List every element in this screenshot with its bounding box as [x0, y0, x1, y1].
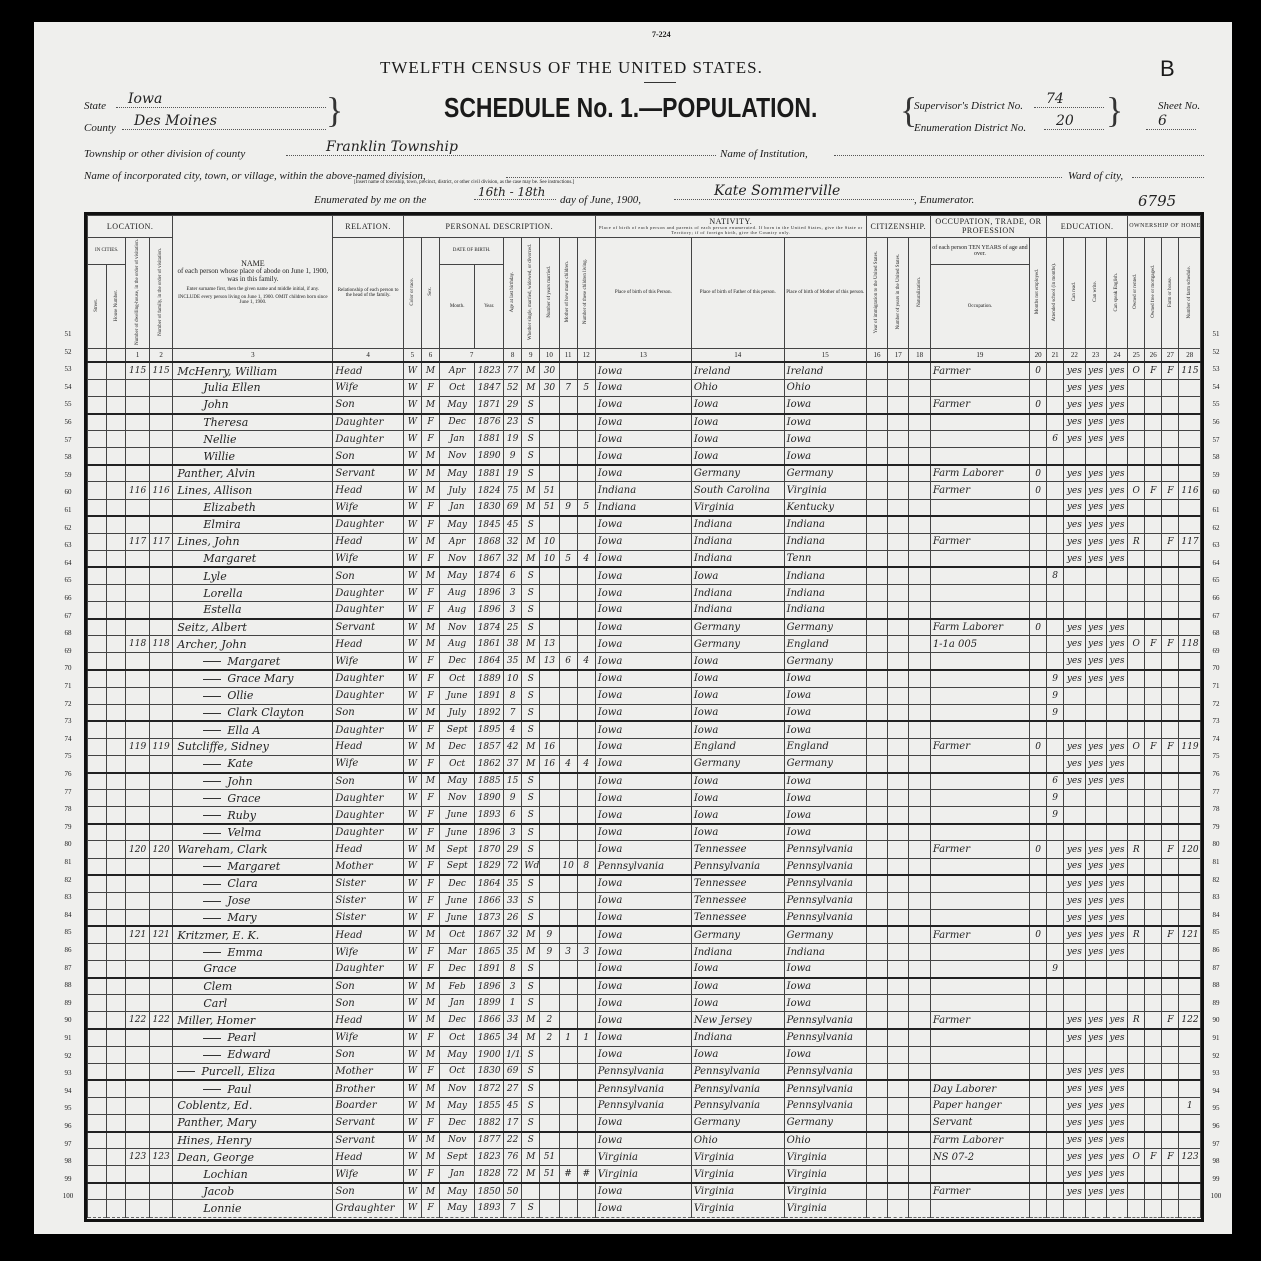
color-race: W: [403, 704, 421, 721]
relation: Mother: [333, 1063, 403, 1080]
column-number: 2: [149, 348, 172, 362]
mother-birthplace: Virginia: [784, 1200, 866, 1217]
marital-status: S: [522, 1114, 540, 1131]
school-months: [1047, 482, 1064, 499]
in-cities-header: IN CITIES.: [88, 237, 126, 264]
empty-cell: [88, 1063, 107, 1080]
birth-month: Nov: [440, 619, 475, 636]
marital-status: M: [522, 926, 540, 943]
color-race: W: [403, 1029, 421, 1046]
children-living: [577, 1097, 595, 1114]
column-number: 5: [403, 348, 421, 362]
supervisor-district-field: 74: [1034, 92, 1104, 108]
months-unemployed: [1030, 978, 1047, 995]
dwelling-number: [126, 807, 149, 824]
can-write: yes: [1085, 1080, 1106, 1097]
dwelling-number: [126, 414, 149, 431]
farm-house: [1162, 1200, 1179, 1217]
line-number: 87: [58, 964, 78, 972]
farm-house: F: [1162, 362, 1179, 379]
sex: M: [421, 926, 439, 943]
farm-schedule: [1179, 1029, 1201, 1046]
can-write: yes: [1085, 1132, 1106, 1149]
empty-cell: [909, 755, 930, 772]
empty-cell: [107, 807, 126, 824]
school-months: 6: [1047, 431, 1064, 448]
school-months: [1047, 1166, 1064, 1183]
free-mortgaged: [1145, 670, 1162, 687]
birth-year: 1862: [475, 755, 504, 772]
birth-month: Nov: [440, 1080, 475, 1097]
children-born: [559, 807, 577, 824]
person-name: Clara: [173, 875, 333, 892]
birth-year: 1830: [475, 1063, 504, 1080]
years-married: [540, 790, 559, 807]
table-row: LyleSonWMMay18746SIowaIowaIndiana8: [88, 567, 1201, 584]
mother-birthplace: Indiana: [784, 944, 866, 961]
empty-cell: [888, 687, 909, 704]
same-surname-dash: [203, 833, 221, 834]
empty-cell: [88, 1080, 107, 1097]
dwelling-number: [126, 619, 149, 636]
marital-header: Whether single, married, widowed, or div…: [522, 237, 540, 348]
empty-cell: [909, 1097, 930, 1114]
relationship-subheader: Relationship of each person to the head …: [333, 237, 403, 348]
birth-month: June: [440, 909, 475, 926]
empty-cell: [909, 858, 930, 875]
dwelling-number: 117: [126, 533, 149, 550]
stamp-number: 6795: [1138, 192, 1176, 210]
owned-rented: [1128, 961, 1145, 978]
can-write: yes: [1085, 1097, 1106, 1114]
same-surname-dash: [203, 1038, 221, 1039]
can-write: yes: [1085, 533, 1106, 550]
months-unemployed: 0: [1030, 619, 1047, 636]
dwelling-number: [126, 585, 149, 602]
person-name-text: Grace Mary: [227, 672, 293, 685]
line-number: 85: [58, 928, 78, 936]
can-read: yes: [1064, 533, 1085, 550]
line-number: 96: [1206, 1122, 1226, 1130]
sex: F: [421, 807, 439, 824]
free-mortgaged: [1145, 533, 1162, 550]
empty-cell: [107, 567, 126, 584]
table-row: JacobSonWMMay185050IowaVirginiaVirginiaF…: [88, 1183, 1201, 1200]
farm-schedule-header: Number of farm schedule.: [1179, 237, 1201, 348]
person-name-text: Paul: [227, 1083, 251, 1096]
free-mortgaged: [1145, 1200, 1162, 1217]
person-name: Julia Ellen: [173, 379, 333, 396]
line-number: 99: [1206, 1175, 1226, 1183]
empty-cell: [88, 414, 107, 431]
empty-cell: [888, 704, 909, 721]
mother-birthplace: Indiana: [784, 516, 866, 533]
free-mortgaged: [1145, 944, 1162, 961]
column-number: 1: [126, 348, 149, 362]
can-write: yes: [1085, 465, 1106, 482]
farm-schedule: [1179, 602, 1201, 619]
occupation: [930, 909, 1029, 926]
person-name-text: Willie: [203, 450, 235, 463]
birth-month: Jan: [440, 1166, 475, 1183]
owned-rented: [1128, 414, 1145, 431]
line-number: 85: [1206, 928, 1226, 936]
dwelling-number: [126, 755, 149, 772]
schedule-title: SCHEDULE No. 1.—POPULATION.: [444, 92, 817, 124]
empty-cell: [909, 790, 930, 807]
father-birthplace: Indiana: [691, 516, 784, 533]
children-born: [559, 995, 577, 1012]
marital-status: M: [522, 499, 540, 516]
children-born: [559, 1012, 577, 1029]
empty-cell: [888, 670, 909, 687]
years-married: [540, 875, 559, 892]
free-mortgaged: [1145, 721, 1162, 738]
empty-cell: [909, 944, 930, 961]
empty-cell: [866, 431, 887, 448]
empty-cell: [88, 619, 107, 636]
father-birthplace: Tennessee: [691, 892, 784, 909]
years-married: [540, 841, 559, 858]
mother-birthplace: Germany: [784, 653, 866, 670]
mother-birthplace: Pennsylvania: [784, 875, 866, 892]
same-surname-dash: [203, 679, 221, 680]
state-label: State: [84, 100, 106, 112]
empty-cell: [866, 465, 887, 482]
person-name-text: Panther, Mary: [177, 1116, 256, 1129]
speaks-english: yes: [1106, 397, 1127, 414]
farm-house: [1162, 567, 1179, 584]
months-unemployed: [1030, 1200, 1047, 1217]
marital-status: [522, 1183, 540, 1200]
relation: Wife: [333, 1166, 403, 1183]
empty-cell: [88, 499, 107, 516]
speaks-english: [1106, 961, 1127, 978]
citizenship-header: CITIZENSHIP.: [866, 216, 930, 238]
person-name: Lines, John: [173, 533, 333, 550]
free-mortgaged: [1145, 567, 1162, 584]
mother-birthplace: Iowa: [784, 961, 866, 978]
empty-cell: [88, 961, 107, 978]
owned-rented: [1128, 773, 1145, 790]
table-row: NellieDaughterWFJan188119SIowaIowaIowa6y…: [88, 431, 1201, 448]
mother-birthplace: Indiana: [784, 567, 866, 584]
farm-house: F: [1162, 636, 1179, 653]
birth-month-header: Month.: [440, 264, 475, 348]
occupation: [930, 431, 1029, 448]
table-row: Purcell, ElizaMotherWFOct183069SPennsylv…: [88, 1063, 1201, 1080]
age: 23: [504, 414, 522, 431]
months-unemployed: [1030, 1114, 1047, 1131]
children-born: [559, 397, 577, 414]
farm-house: [1162, 704, 1179, 721]
age: 15: [504, 773, 522, 790]
can-write: [1085, 1200, 1106, 1217]
months-unemployed: [1030, 1046, 1047, 1063]
family-number: [149, 414, 172, 431]
farm-schedule: [1179, 790, 1201, 807]
mother-birthplace: Ohio: [784, 379, 866, 396]
person-name-text: Elizabeth: [203, 501, 255, 514]
school-months: [1047, 499, 1064, 516]
sex: F: [421, 858, 439, 875]
owned-rented: [1128, 875, 1145, 892]
empty-cell: [888, 995, 909, 1012]
empty-cell: [866, 619, 887, 636]
months-unemployed: [1030, 995, 1047, 1012]
dwelling-number: [126, 858, 149, 875]
children-living: [577, 1063, 595, 1080]
months-unemployed: [1030, 790, 1047, 807]
months-unemployed: [1030, 431, 1047, 448]
line-number: 72: [58, 700, 78, 708]
left-brace: }: [326, 92, 343, 128]
occupation-subheader: of each person TEN YEARS of age and over…: [930, 237, 1029, 264]
color-race: W: [403, 773, 421, 790]
birth-month: May: [440, 1046, 475, 1063]
name-header: NAME of each person whose place of abode…: [173, 216, 333, 349]
school-months: [1047, 379, 1064, 396]
empty-cell: [909, 602, 930, 619]
children-living: [577, 567, 595, 584]
mother-birthplace: Kentucky: [784, 499, 866, 516]
birth-month: Oct: [440, 379, 475, 396]
school-months: [1047, 978, 1064, 995]
empty-cell: [107, 379, 126, 396]
age: 6: [504, 567, 522, 584]
sex: F: [421, 516, 439, 533]
sex: F: [421, 431, 439, 448]
empty-cell: [107, 1166, 126, 1183]
years-married: [540, 892, 559, 909]
empty-cell: [888, 926, 909, 943]
person-name-text: Ollie: [227, 689, 253, 702]
age: 35: [504, 944, 522, 961]
birth-month: Sept: [440, 721, 475, 738]
marital-status: S: [522, 414, 540, 431]
sex: M: [421, 1183, 439, 1200]
speaks-english: yes: [1106, 636, 1127, 653]
can-read: yes: [1064, 738, 1085, 755]
table-row: OllieDaughterWFJune18918SIowaIowaIowa9: [88, 687, 1201, 704]
person-name: John: [173, 773, 333, 790]
occupation-col-header: Occupation.: [930, 264, 1029, 348]
can-read: yes: [1064, 397, 1085, 414]
same-surname-dash: [203, 952, 221, 953]
person-name: Jacob: [173, 1183, 333, 1200]
marital-status: S: [522, 1080, 540, 1097]
person-name: Jose: [173, 892, 333, 909]
person-name-text: McHenry, William: [177, 365, 277, 378]
sex: M: [421, 397, 439, 414]
birth-year: 1893: [475, 1200, 504, 1217]
line-number: 63: [1206, 541, 1226, 549]
school-months: 8: [1047, 567, 1064, 584]
sex: F: [421, 755, 439, 772]
birth-year: 1885: [475, 773, 504, 790]
empty-cell: [88, 362, 107, 379]
can-read: [1064, 721, 1085, 738]
children-living: [577, 995, 595, 1012]
can-write: yes: [1085, 619, 1106, 636]
family-number: 120: [149, 841, 172, 858]
school-months: [1047, 1149, 1064, 1166]
line-number: 59: [58, 471, 78, 479]
father-birthplace: Iowa: [691, 567, 784, 584]
speaks-english: yes: [1106, 926, 1127, 943]
birth-year: 1896: [475, 602, 504, 619]
school-months: [1047, 1012, 1064, 1029]
months-unemployed: [1030, 858, 1047, 875]
birth-month: May: [440, 1097, 475, 1114]
empty-cell: [88, 978, 107, 995]
person-name: Archer, John: [173, 636, 333, 653]
line-number: 65: [58, 576, 78, 584]
family-number: 115: [149, 362, 172, 379]
line-number: 77: [58, 788, 78, 796]
color-race: W: [403, 379, 421, 396]
birth-month: Aug: [440, 602, 475, 619]
line-number: 86: [58, 946, 78, 954]
same-surname-dash: [203, 730, 221, 731]
marital-status: S: [522, 1200, 540, 1217]
line-number: 63: [58, 541, 78, 549]
years-married: 51: [540, 482, 559, 499]
empty-cell: [107, 909, 126, 926]
person-name: Grace: [173, 961, 333, 978]
empty-cell: [866, 824, 887, 841]
empty-cell: [88, 1183, 107, 1200]
can-write: [1085, 807, 1106, 824]
years-married: 16: [540, 738, 559, 755]
marital-status: S: [522, 397, 540, 414]
column-number: 15: [784, 348, 866, 362]
children-living: 1: [577, 1029, 595, 1046]
same-surname-dash: [203, 866, 221, 867]
person-name-text: Margaret: [227, 860, 280, 873]
school-months: [1047, 1080, 1064, 1097]
line-number: 54: [1206, 383, 1226, 391]
owned-rented: [1128, 653, 1145, 670]
farm-schedule: [1179, 567, 1201, 584]
months-unemployed: [1030, 1149, 1047, 1166]
months-unemployed: [1030, 1080, 1047, 1097]
months-unemployed: [1030, 1183, 1047, 1200]
sex: F: [421, 653, 439, 670]
dwelling-number: 121: [126, 926, 149, 943]
school-months: 9: [1047, 807, 1064, 824]
ownership-header: OWNERSHIP OF HOME.: [1128, 216, 1201, 238]
color-race: W: [403, 362, 421, 379]
can-write: [1085, 1046, 1106, 1063]
farm-schedule: [1179, 807, 1201, 824]
dwelling-number: 122: [126, 1012, 149, 1029]
empty-cell: [866, 499, 887, 516]
birthplace: Iowa: [595, 773, 691, 790]
children-living: [577, 1149, 595, 1166]
age: 69: [504, 1063, 522, 1080]
occupation: [930, 414, 1029, 431]
relation: Son: [333, 773, 403, 790]
years-married: 51: [540, 1166, 559, 1183]
birth-year: 1847: [475, 379, 504, 396]
birth-month: Mar: [440, 944, 475, 961]
farm-house: F: [1162, 1012, 1179, 1029]
school-months: [1047, 1132, 1064, 1149]
can-read: [1064, 585, 1085, 602]
person-name-text: Hines, Henry: [177, 1134, 251, 1147]
table-row: 122122Miller, HomerHeadWMDec186633M2Iowa…: [88, 1012, 1201, 1029]
table-row: Clark ClaytonSonWMJuly18927SIowaIowaIowa…: [88, 704, 1201, 721]
children-born: [559, 721, 577, 738]
line-number: 71: [1206, 682, 1226, 690]
table-row: ClaraSisterWFDec186435SIowaTennesseePenn…: [88, 875, 1201, 892]
years-married: 10: [540, 533, 559, 550]
relation: Wife: [333, 1029, 403, 1046]
father-birthplace: Iowa: [691, 670, 784, 687]
years-married: [540, 995, 559, 1012]
relation: Son: [333, 995, 403, 1012]
line-number: 55: [1206, 400, 1226, 408]
free-mortgaged: [1145, 431, 1162, 448]
birth-year: 1870: [475, 841, 504, 858]
district-brace-close: }: [1106, 92, 1123, 128]
empty-cell: [88, 397, 107, 414]
column-number: 26: [1145, 348, 1162, 362]
farm-schedule: 123: [1179, 1149, 1201, 1166]
person-name-text: Grace: [203, 962, 236, 975]
free-mortgaged: [1145, 995, 1162, 1012]
can-write: yes: [1085, 1166, 1106, 1183]
free-mortgaged: F: [1145, 362, 1162, 379]
birth-year: 1829: [475, 858, 504, 875]
line-number: 57: [1206, 436, 1226, 444]
farm-schedule: [1179, 499, 1201, 516]
relation: Head: [333, 926, 403, 943]
nativity-header: NATIVITY. Place of birth of each person …: [595, 216, 866, 238]
owned-rented: [1128, 755, 1145, 772]
months-unemployed: [1030, 807, 1047, 824]
birthplace: Iowa: [595, 533, 691, 550]
dwelling-number: 118: [126, 636, 149, 653]
color-race: W: [403, 550, 421, 567]
school-months: [1047, 721, 1064, 738]
years-married: 10: [540, 550, 559, 567]
owned-rented: [1128, 397, 1145, 414]
can-read: yes: [1064, 1080, 1085, 1097]
age: 22: [504, 1132, 522, 1149]
months-unemployed: [1030, 550, 1047, 567]
marital-status: M: [522, 636, 540, 653]
empty-cell: [88, 482, 107, 499]
empty-cell: [107, 397, 126, 414]
occupation: [930, 687, 1029, 704]
birth-year: 1864: [475, 875, 504, 892]
years-married: 2: [540, 1012, 559, 1029]
birth-year: 1900: [475, 1046, 504, 1063]
can-write: yes: [1085, 550, 1106, 567]
same-surname-dash: [203, 713, 221, 714]
can-write: yes: [1085, 892, 1106, 909]
age: 42: [504, 738, 522, 755]
state-value: Iowa: [128, 91, 162, 107]
relation: Son: [333, 397, 403, 414]
can-write: [1085, 824, 1106, 841]
sheet-no-label: Sheet No.: [1158, 100, 1200, 112]
children-living: [577, 961, 595, 978]
table-row: ElmiraDaughterWFMay184545SIowaIndianaInd…: [88, 516, 1201, 533]
age: 34: [504, 1029, 522, 1046]
